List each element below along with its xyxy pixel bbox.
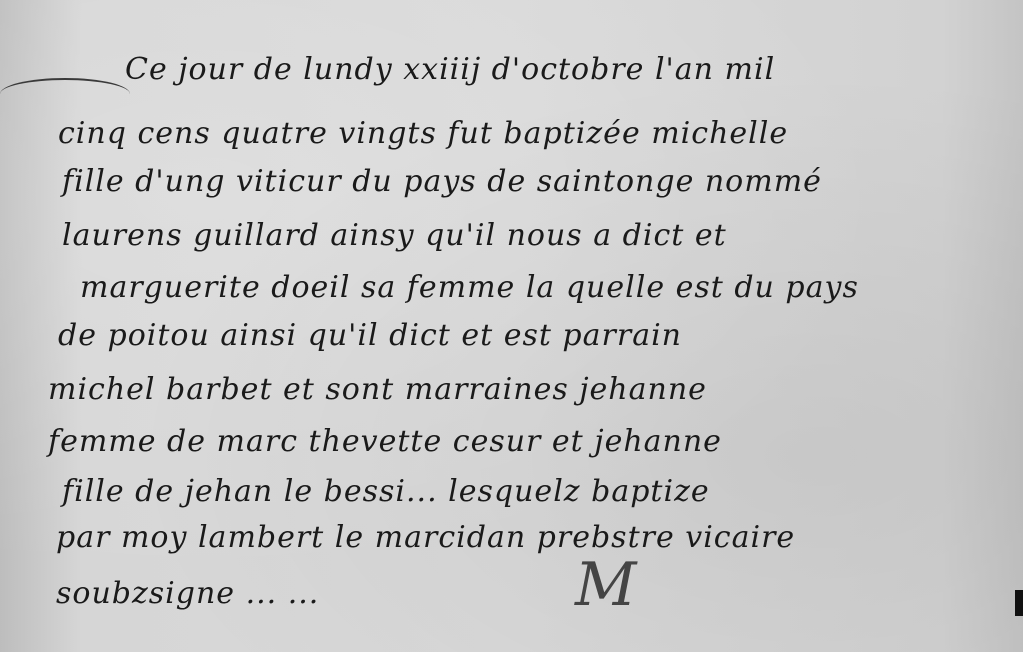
text-line-11: soubzsigne ... ... — [56, 576, 319, 611]
text-line-8: femme de marc thevette cesur et jehanne — [48, 424, 722, 459]
manuscript-page: Ce jour de lundy xxiiij d'octobre l'an m… — [0, 0, 1023, 652]
text-line-3: fille d'ung viticur du pays de saintonge… — [62, 164, 822, 199]
text-line-6: de poitou ainsi qu'il dict et est parrai… — [58, 318, 682, 353]
text-line-4: laurens guillard ainsy qu'il nous a dict… — [62, 218, 727, 253]
text-line-5: marguerite doeil sa femme la quelle est … — [80, 270, 859, 305]
text-line-1: Ce jour de lundy xxiiij d'octobre l'an m… — [125, 52, 775, 87]
text-line-9: fille de jehan le bessi... lesquelz bapt… — [62, 474, 710, 509]
initial-flourish — [0, 78, 130, 110]
scan-edge-mark — [1015, 590, 1023, 616]
text-line-10: par moy lambert le marcidan prebstre vic… — [56, 520, 795, 555]
text-line-7: michel barbet et sont marraines jehanne — [48, 372, 707, 407]
signature-mark: M — [575, 550, 636, 620]
text-line-2: cinq cens quatre vingts fut baptizée mic… — [58, 116, 788, 151]
